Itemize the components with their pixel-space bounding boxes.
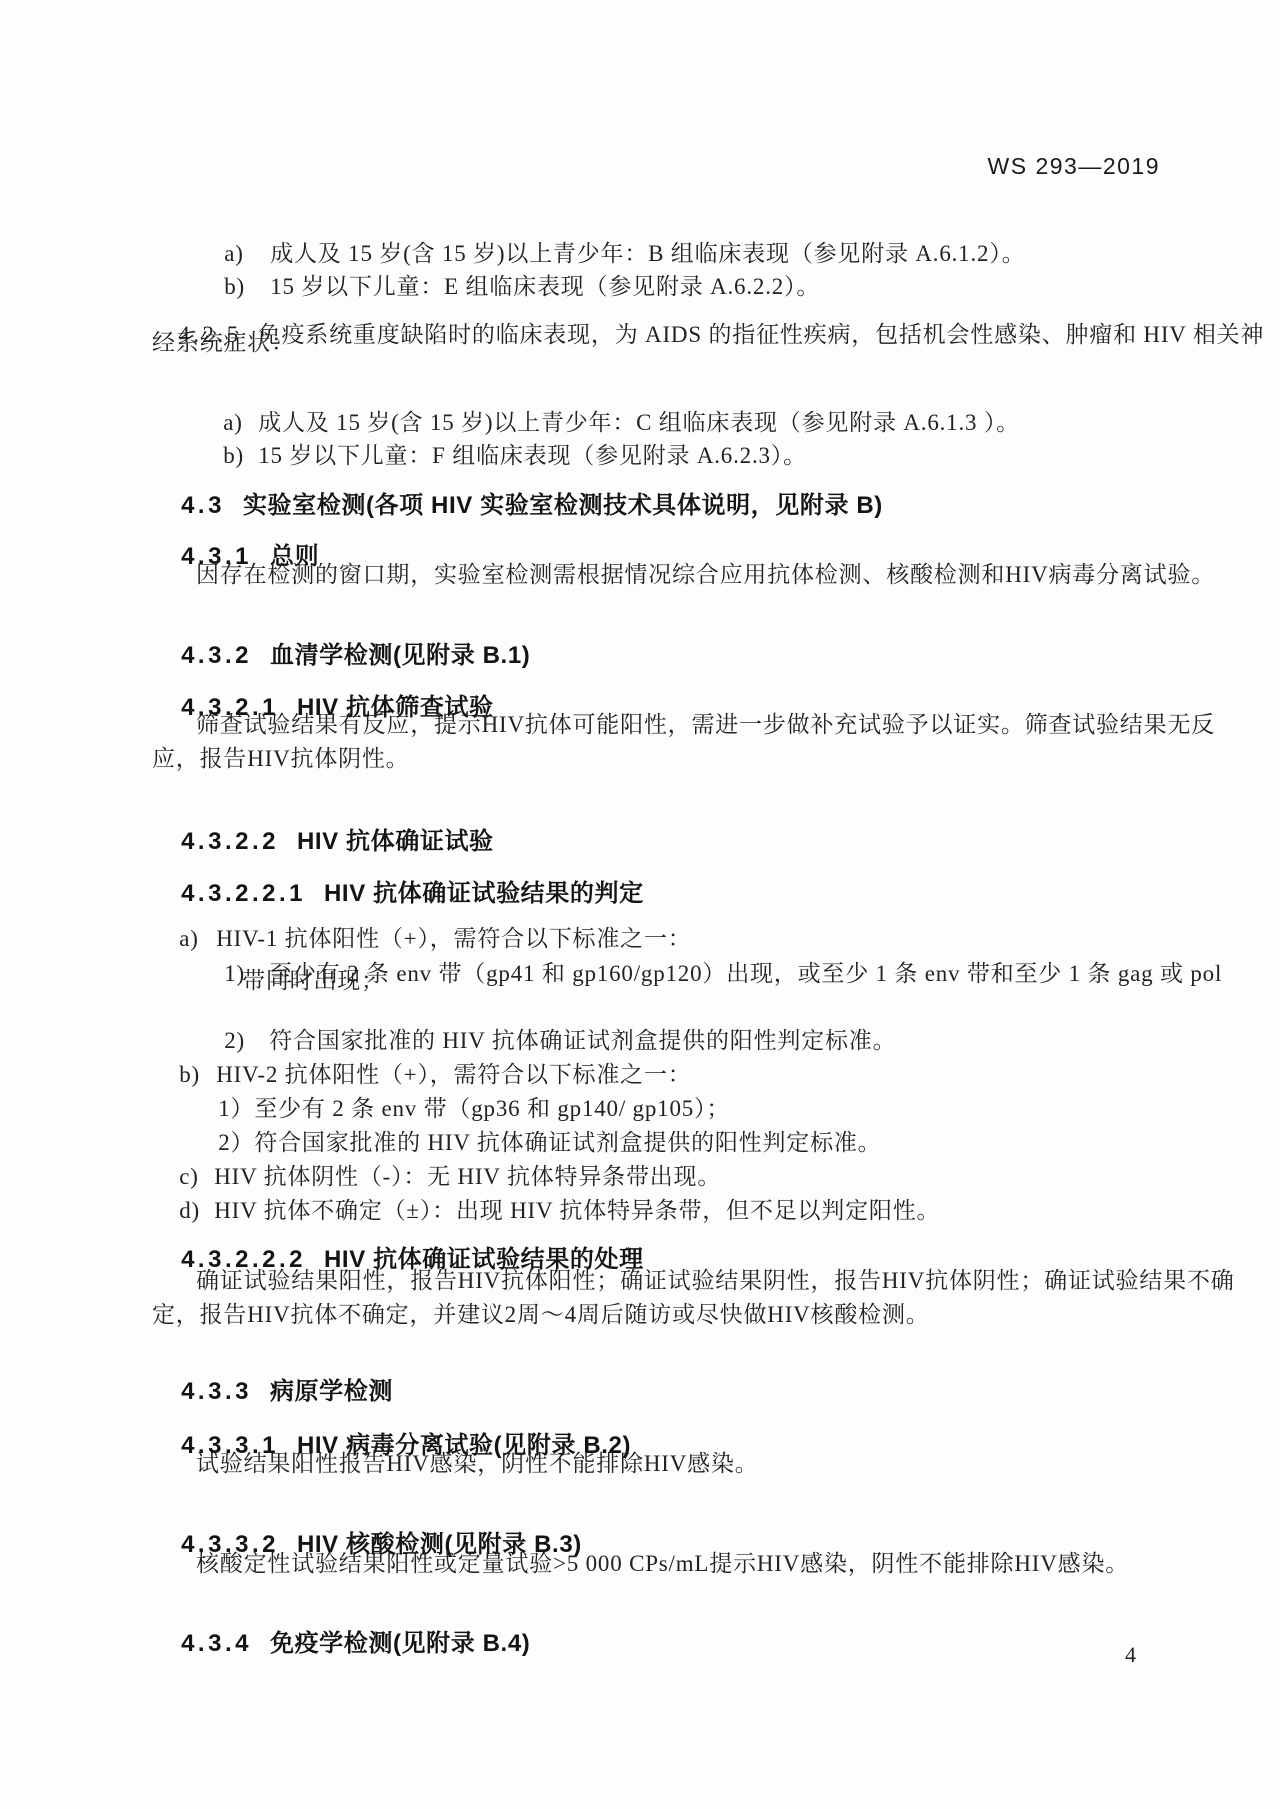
heading-title: 血清学检测(见附录 B.1)	[270, 642, 530, 669]
clause-4-2-5-line1: 4.2.5免疫系统重度缺陷时的临床表现，为 AIDS 的指征性疾病，包括机会性感…	[152, 296, 1264, 375]
section-heading-4-3-4: 4.3.4免疫学检测(见附录 B.4)	[152, 1602, 530, 1685]
heading-number: 4.3.4	[181, 1630, 252, 1657]
paragraph-4-3-2-1-line2: 应，报告HIV抗体阴性。	[152, 746, 409, 772]
heading-title: 病原学检测	[270, 1378, 393, 1405]
paragraph-4-3-3-1: 试验结果阳性报告HIV感染，阴性不能排除HIV感染。	[196, 1451, 759, 1477]
paragraph-4-3-1: 因存在检测的窗口期，实验室检测需根据情况综合应用抗体检测、核酸检测和HIV病毒分…	[196, 562, 1215, 588]
document-page: WS 293—2019 a)成人及 15 岁(含 15 岁)以上青少年：B 组临…	[0, 0, 1280, 1809]
doc-code-header: WS 293—2019	[988, 153, 1160, 179]
page-number: 4	[1125, 1642, 1136, 1667]
clause-text: 免疫系统重度缺陷时的临床表现，为 AIDS 的指征性疾病，包括机会性感染、肿瘤和…	[258, 322, 1265, 347]
list-item-text: 至少有 2 条 env 带（gp41 和 gp160/gp120）出现，或至少 …	[269, 961, 1222, 986]
heading-number: 4.3.3	[181, 1378, 252, 1405]
heading-title: 免疫学检测(见附录 B.4)	[270, 1630, 530, 1657]
heading-title: 实验室检测(各项 HIV 实验室检测技术具体说明，见附录 B)	[243, 492, 883, 519]
heading-title: HIV 抗体确证试验	[297, 828, 494, 855]
paragraph-4-3-3-2: 核酸定性试验结果阳性或定量试验>5 000 CPs/mL提示HIV感染，阴性不能…	[196, 1551, 1129, 1577]
list-item-continuation: 带同时出现；	[242, 968, 385, 994]
paragraph-4-3-2-2-2-line1: 确证试验结果阳性，报告HIV抗体阳性；确证试验结果阴性，报告HIV抗体阴性；确证…	[196, 1268, 1235, 1294]
paragraph-4-3-2-2-2-line2: 定，报告HIV抗体不确定，并建议2周～4周后随访或尽快做HIV核酸检测。	[152, 1302, 930, 1328]
heading-number: 4.3.2	[181, 642, 252, 669]
clause-4-2-5-line2: 经系统症状：	[152, 330, 295, 356]
paragraph-4-3-2-1-line1: 筛查试验结果有反应，提示HIV抗体可能阳性，需进一步做补充试验予以证实。筛查试验…	[196, 712, 1215, 738]
heading-number: 4.3.2.2	[181, 828, 279, 855]
